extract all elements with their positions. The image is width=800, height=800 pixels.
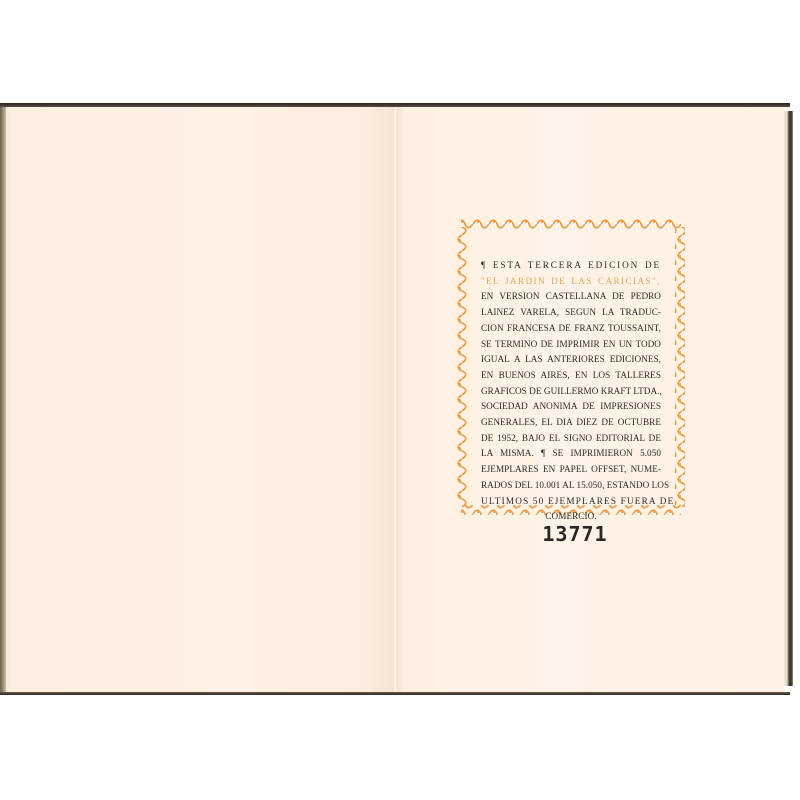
book-bottom-edge xyxy=(0,692,790,695)
colophon-line-13: LA MISMA. ¶ SE IMPRIMIERON 5.050 xyxy=(481,446,661,462)
colophon-line-3: EN VERSION CASTELLANA DE PEDRO xyxy=(481,289,661,305)
colophon-line-9: GRAFICOS DE GUILLERMO KRAFT LTDA., xyxy=(481,384,661,400)
colophon-text: ¶ ESTA TERCERA EDICION DE "EL JARDIN DE … xyxy=(481,258,661,525)
colophon-line-12: DE 1952, BAJO EL SIGNO EDITORIAL DE xyxy=(481,431,661,447)
colophon-line-5: CION FRANCESA DE FRANZ TOUSSAINT, xyxy=(481,321,661,337)
colophon-line-16: ULTIMOS 50 EJEMPLARES FUERA DE xyxy=(481,494,661,510)
left-page xyxy=(0,107,396,692)
colophon-book-title: "EL JARDIN DE LAS CARICIAS", xyxy=(481,274,661,290)
book-gutter xyxy=(394,107,397,692)
colophon-line-11: GENERALES, EL DIA DIEZ DE OCTUBRE xyxy=(481,415,661,431)
book-right-edge xyxy=(784,111,793,686)
colophon-line-6: SE TERMINO DE IMPRIMIR EN UN TODO xyxy=(481,337,661,353)
colophon-line-4: LAINEZ VARELA, SEGUN LA TRADUC- xyxy=(481,305,661,321)
colophon-line-15: RADOS DEL 10.001 AL 15.050, ESTANDO LOS xyxy=(481,478,661,494)
edition-number-stamp: 13771 xyxy=(540,522,610,546)
colophon-line-1: ¶ ESTA TERCERA EDICION DE xyxy=(481,258,661,274)
colophon-line-10: SOCIEDAD ANONIMA DE IMPRESIONES xyxy=(481,399,661,415)
colophon-line-7: IGUAL A LAS ANTERIORES EDICIONES, xyxy=(481,352,661,368)
left-cover-edge xyxy=(0,107,6,692)
colophon-line-8: EN BUENOS AIRES, EN LOS TALLERES xyxy=(481,368,661,384)
colophon-line-14: EJEMPLARES EN PAPEL OFFSET, NUME- xyxy=(481,462,661,478)
